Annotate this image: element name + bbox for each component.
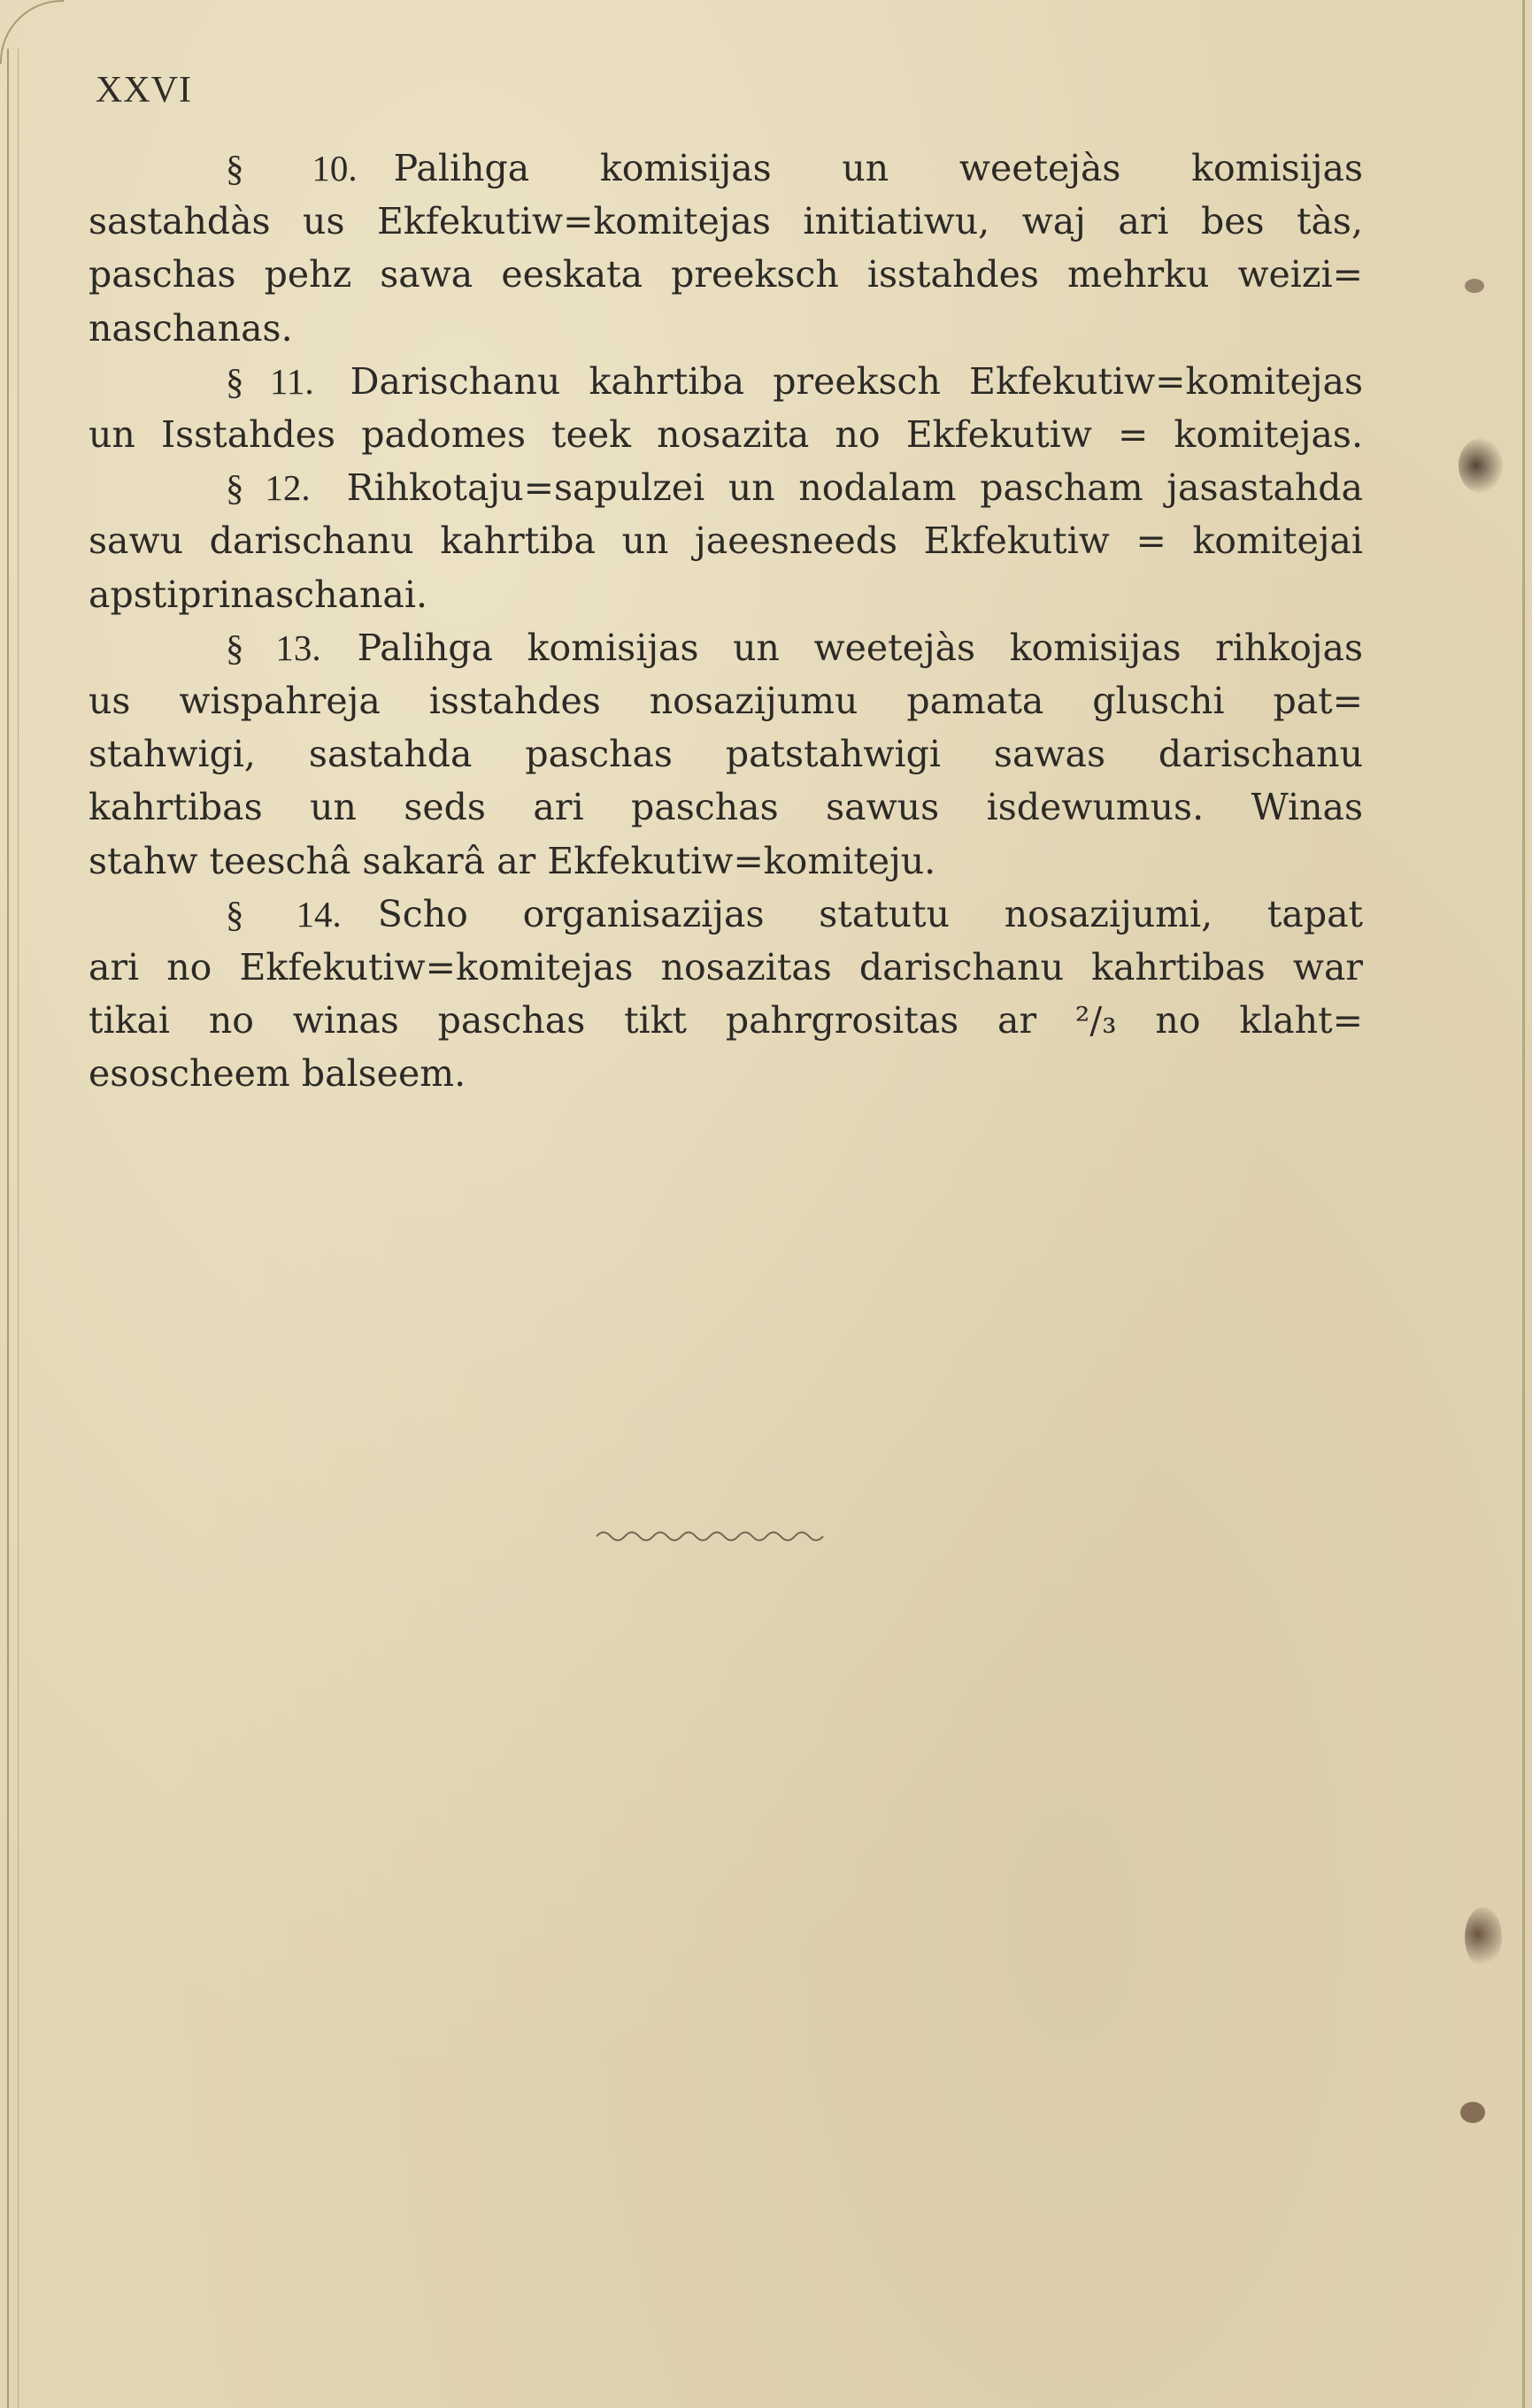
page-edge-left [7, 49, 19, 2408]
section-14: § 14. Scho organisazijas statutu nosazij… [89, 888, 1363, 1101]
ink-stain [1465, 1907, 1502, 1967]
paragraph-line: sastahdàs us Ekfekutiw=komitejas initiat… [89, 195, 1363, 248]
paragraph-line: § 10. Palihga komisijas un weetejàs komi… [89, 142, 1363, 195]
section-number: § 10. [226, 148, 358, 188]
paragraph-line: stahw teeschâ sakarâ ar Ekfekutiw=komite… [89, 835, 1363, 888]
paragraph-line: § 12. Rihkotaju=sapulzei un nodalam pasc… [89, 461, 1363, 514]
page-number: XXVI [96, 69, 192, 112]
wavy-rule-ornament [595, 1524, 834, 1545]
section-number: § 14. [226, 894, 342, 935]
paragraph-line: § 13. Palihga komisijas un weetejàs komi… [89, 621, 1363, 674]
section-11: § 11. Darischanu kahrtiba preeksch Ekfek… [89, 355, 1363, 461]
paragraph-line: us wispahreja isstahdes nosazijumu pamat… [89, 674, 1363, 727]
paragraph-line: sawu darischanu kahrtiba un jaeesneeds E… [89, 514, 1363, 567]
ink-stain [1465, 279, 1484, 293]
paragraph-line: tikai no winas paschas tikt pahrgrositas… [89, 994, 1363, 1047]
paragraph-line: stahwigi, sastahda paschas patstahwigi s… [89, 727, 1363, 781]
paragraph-line: § 11. Darischanu kahrtiba preeksch Ekfek… [89, 355, 1363, 408]
body-text: § 10. Palihga komisijas un weetejàs komi… [89, 142, 1363, 1101]
section-10: § 10. Palihga komisijas un weetejàs komi… [89, 142, 1363, 355]
paragraph-line: kahrtibas un seds ari paschas sawus isde… [89, 781, 1363, 834]
ink-stain [1459, 438, 1503, 493]
section-12: § 12. Rihkotaju=sapulzei un nodalam pasc… [89, 461, 1363, 621]
paragraph-line: un Isstahdes padomes teek nosazita no Ek… [89, 408, 1363, 461]
paragraph-line: apstiprinaschanai. [89, 568, 1363, 621]
section-13: § 13. Palihga komisijas un weetejàs komi… [89, 621, 1363, 888]
paragraph-line: naschanas. [89, 302, 1363, 355]
page-edge-right [1522, 0, 1525, 2408]
section-number: § 12. [226, 467, 311, 508]
paragraph-line: esoscheem balsеem. [89, 1047, 1363, 1100]
section-number: § 13. [226, 627, 321, 668]
paragraph-line: ari no Ekfekutiw=komitejas nosazitas dar… [89, 941, 1363, 994]
ink-stain [1460, 2102, 1485, 2123]
section-number: § 11. [226, 361, 314, 402]
paragraph-line: paschas pehz sawa eeskata preeksch issta… [89, 248, 1363, 301]
paragraph-line: § 14. Scho organisazijas statutu nosazij… [89, 888, 1363, 941]
